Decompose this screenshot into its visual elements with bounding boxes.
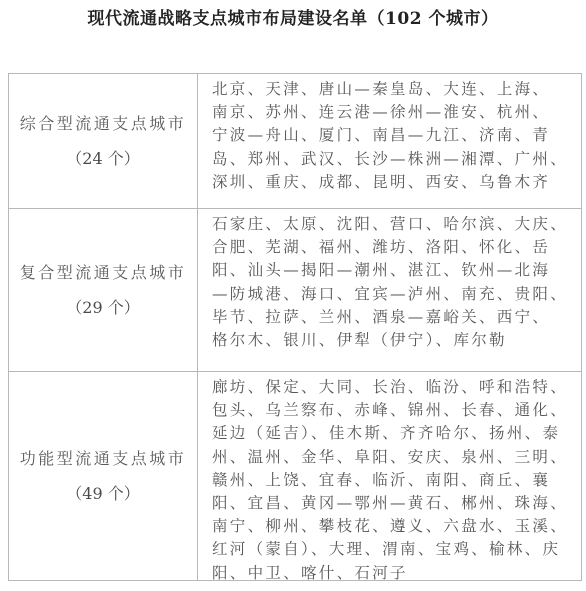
category-name: 功能型流通支点城市 — [20, 448, 187, 470]
city-line: 州、温州、金华、阜阳、安庆、泉州、三明、 — [212, 446, 573, 469]
category-cell: 综合型流通支点城市 （24 个） — [9, 74, 198, 208]
city-line: 南京、苏州、连云港—徐州—淮安、杭州、 — [212, 101, 573, 124]
city-line: 北京、天津、唐山—秦皇岛、大连、上海、 — [212, 78, 573, 101]
city-line: 阳、中卫、喀什、石河子 — [212, 562, 573, 585]
city-line: 毕节、拉萨、兰州、酒泉—嘉峪关、西宁、 — [212, 306, 573, 329]
city-line: 阳、汕头—揭阳—潮州、湛江、钦州—北海 — [212, 259, 573, 282]
city-line: 廊坊、保定、大同、长治、临汾、呼和浩特、 — [212, 376, 573, 399]
city-list-cell: 石家庄、太原、沈阳、营口、哈尔滨、大庆、 合肥、芜湖、福州、潍坊、洛阳、怀化、岳… — [212, 209, 573, 352]
city-line: 宁波—舟山、厦门、南昌—九江、济南、青 — [212, 124, 573, 147]
city-line: 南宁、柳州、攀枝花、遵义、六盘水、玉溪、 — [212, 515, 573, 538]
city-list-cell: 廊坊、保定、大同、长治、临汾、呼和浩特、 包头、乌兰察布、赤峰、锦州、长春、通化… — [212, 372, 573, 585]
category-name: 综合型流通支点城市 — [20, 113, 187, 135]
city-line: 石家庄、太原、沈阳、营口、哈尔滨、大庆、 — [212, 213, 573, 236]
city-line: 深圳、重庆、成都、昆明、西安、乌鲁木齐 — [212, 171, 573, 194]
city-line: —防城港、海口、宜宾—泸州、南充、贵阳、 — [212, 283, 573, 306]
city-line: 红河（蒙自）、大理、渭南、宝鸡、榆林、庆 — [212, 538, 573, 561]
category-count: （24 个） — [66, 148, 139, 170]
city-line: 合肥、芜湖、福州、潍坊、洛阳、怀化、岳 — [212, 236, 573, 259]
category-count: （29 个） — [66, 297, 139, 319]
city-line: 赣州、上饶、宜春、临沂、南阳、商丘、襄 — [212, 469, 573, 492]
city-list-table: 综合型流通支点城市 （24 个） 北京、天津、唐山—秦皇岛、大连、上海、 南京、… — [8, 73, 582, 581]
city-list-cell: 北京、天津、唐山—秦皇岛、大连、上海、 南京、苏州、连云港—徐州—淮安、杭州、 … — [212, 74, 573, 194]
category-count: （49 个） — [66, 483, 139, 505]
table-row-functional: 功能型流通支点城市 （49 个） 廊坊、保定、大同、长治、临汾、呼和浩特、 包头… — [9, 371, 581, 580]
city-line: 包头、乌兰察布、赤峰、锦州、长春、通化、 — [212, 399, 573, 422]
city-line: 岛、郑州、武汉、长沙—株洲—湘潭、广州、 — [212, 148, 573, 171]
document-title: 现代流通战略支点城市布局建设名单（102 个城市） — [0, 8, 586, 30]
table-row-comprehensive: 综合型流通支点城市 （24 个） 北京、天津、唐山—秦皇岛、大连、上海、 南京、… — [9, 74, 581, 208]
category-name: 复合型流通支点城市 — [20, 262, 187, 284]
city-line: 格尔木、银川、伊犁（伊宁）、库尔勒 — [212, 329, 573, 352]
table-row-composite: 复合型流通支点城市 （29 个） 石家庄、太原、沈阳、营口、哈尔滨、大庆、 合肥… — [9, 208, 581, 371]
city-line: 延边（延吉）、佳木斯、齐齐哈尔、扬州、泰 — [212, 422, 573, 445]
city-line: 阳、宜昌、黄冈—鄂州—黄石、郴州、珠海、 — [212, 492, 573, 515]
category-cell: 功能型流通支点城市 （49 个） — [9, 372, 198, 580]
category-cell: 复合型流通支点城市 （29 个） — [9, 209, 198, 371]
